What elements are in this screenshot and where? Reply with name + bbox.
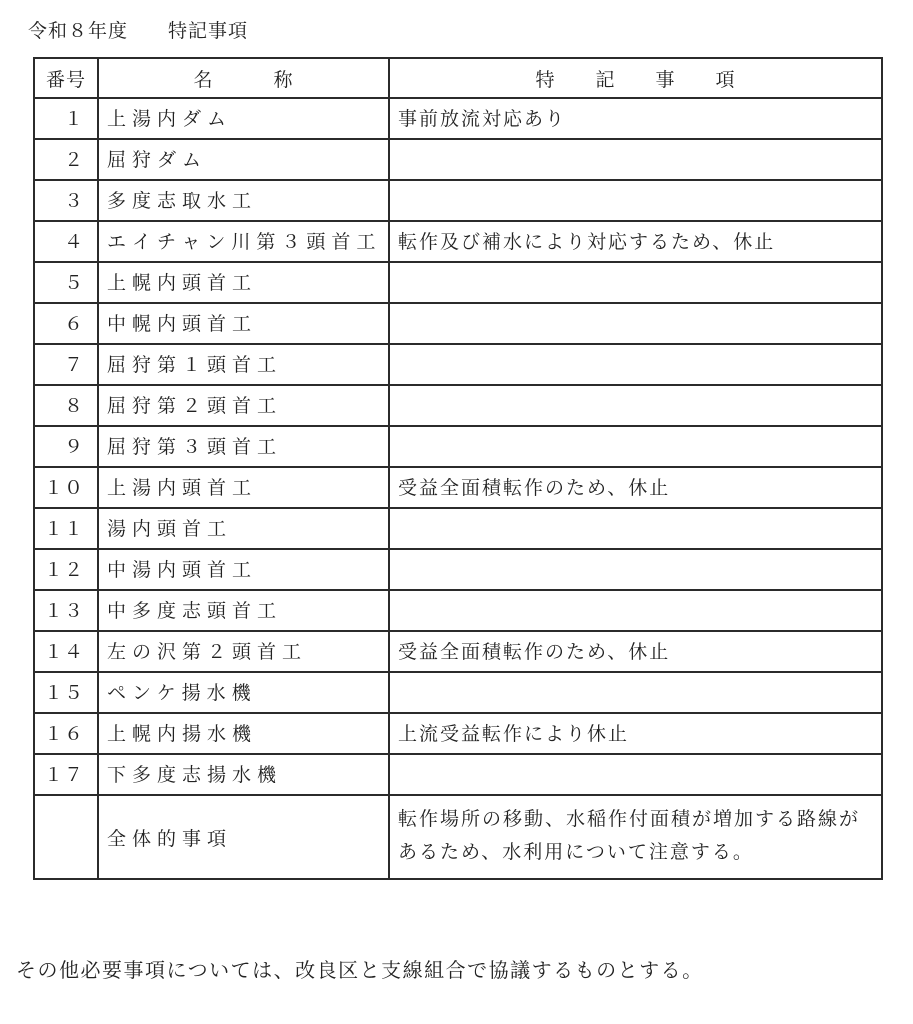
row-name-cell: 全体的事項 bbox=[98, 795, 389, 879]
row-name-cell: 屈狩第３頭首工 bbox=[98, 426, 389, 467]
table-row: １６上幌内揚水機上流受益転作により休止 bbox=[34, 713, 882, 754]
table-row: １４左の沢第２頭首工受益全面積転作のため、休止 bbox=[34, 631, 882, 672]
table-row: ６中幌内頭首工 bbox=[34, 303, 882, 344]
table-row: ８屈狩第２頭首工 bbox=[34, 385, 882, 426]
row-name-cell: 屈狩ダム bbox=[98, 139, 389, 180]
page-title: 令和８年度 特記事項 bbox=[28, 16, 248, 43]
row-name-cell: ペンケ揚水機 bbox=[98, 672, 389, 713]
row-number-cell: ９ bbox=[34, 426, 98, 467]
row-number-cell: ６ bbox=[34, 303, 98, 344]
row-number-cell: ５ bbox=[34, 262, 98, 303]
row-number-cell bbox=[34, 795, 98, 879]
row-notes-cell bbox=[389, 344, 882, 385]
header-name: 名 称 bbox=[98, 58, 389, 98]
table-row: ５上幌内頭首工 bbox=[34, 262, 882, 303]
table-row: ７屈狩第１頭首工 bbox=[34, 344, 882, 385]
row-name-cell: 屈狩第２頭首工 bbox=[98, 385, 389, 426]
row-name-cell: 屈狩第１頭首工 bbox=[98, 344, 389, 385]
table-row: ３多度志取水工 bbox=[34, 180, 882, 221]
row-name-cell: 上湯内ダム bbox=[98, 98, 389, 139]
row-number-cell: ３ bbox=[34, 180, 98, 221]
row-notes-cell: 転作及び補水により対応するため、休止 bbox=[389, 221, 882, 262]
row-notes-cell bbox=[389, 180, 882, 221]
row-number-cell: １ bbox=[34, 98, 98, 139]
table-row: １１湯内頭首工 bbox=[34, 508, 882, 549]
row-notes-cell: 上流受益転作により休止 bbox=[389, 713, 882, 754]
row-number-cell: ２ bbox=[34, 139, 98, 180]
row-name-cell: エイチャン川第３頭首工 bbox=[98, 221, 389, 262]
table-row: 全体的事項転作場所の移動、水稲作付面積が増加する路線があるため、水利用について注… bbox=[34, 795, 882, 879]
table-row: １３中多度志頭首工 bbox=[34, 590, 882, 631]
row-number-cell: １３ bbox=[34, 590, 98, 631]
header-notes: 特 記 事 項 bbox=[389, 58, 882, 98]
row-number-cell: ４ bbox=[34, 221, 98, 262]
row-number-cell: １５ bbox=[34, 672, 98, 713]
table-row: １５ペンケ揚水機 bbox=[34, 672, 882, 713]
row-name-cell: 多度志取水工 bbox=[98, 180, 389, 221]
row-notes-cell bbox=[389, 303, 882, 344]
row-number-cell: １６ bbox=[34, 713, 98, 754]
table-row: ２屈狩ダム bbox=[34, 139, 882, 180]
row-name-cell: 中多度志頭首工 bbox=[98, 590, 389, 631]
table-row: １０上湯内頭首工受益全面積転作のため、休止 bbox=[34, 467, 882, 508]
row-notes-cell bbox=[389, 754, 882, 795]
row-number-cell: ８ bbox=[34, 385, 98, 426]
row-number-cell: １７ bbox=[34, 754, 98, 795]
row-notes-cell bbox=[389, 262, 882, 303]
document-page: 令和８年度 特記事項 番号 名 称 特 記 事 項 １上湯内ダム事前放流対応あり… bbox=[0, 0, 913, 1024]
row-notes-cell bbox=[389, 508, 882, 549]
header-number: 番号 bbox=[34, 58, 98, 98]
row-notes-cell: 受益全面積転作のため、休止 bbox=[389, 631, 882, 672]
row-notes-cell: 事前放流対応あり bbox=[389, 98, 882, 139]
row-name-cell: 中湯内頭首工 bbox=[98, 549, 389, 590]
row-name-cell: 上幌内頭首工 bbox=[98, 262, 389, 303]
row-notes-cell bbox=[389, 385, 882, 426]
row-name-cell: 左の沢第２頭首工 bbox=[98, 631, 389, 672]
row-notes-cell bbox=[389, 426, 882, 467]
table-row: １上湯内ダム事前放流対応あり bbox=[34, 98, 882, 139]
table-header-row: 番号 名 称 特 記 事 項 bbox=[34, 58, 882, 98]
row-name-cell: 上幌内揚水機 bbox=[98, 713, 389, 754]
row-number-cell: ７ bbox=[34, 344, 98, 385]
special-notes-table: 番号 名 称 特 記 事 項 １上湯内ダム事前放流対応あり２屈狩ダム３多度志取水… bbox=[33, 57, 883, 880]
row-name-cell: 上湯内頭首工 bbox=[98, 467, 389, 508]
row-notes-cell bbox=[389, 672, 882, 713]
row-number-cell: １０ bbox=[34, 467, 98, 508]
row-name-cell: 下多度志揚水機 bbox=[98, 754, 389, 795]
row-notes-cell: 受益全面積転作のため、休止 bbox=[389, 467, 882, 508]
row-notes-cell bbox=[389, 139, 882, 180]
table-row: ９屈狩第３頭首工 bbox=[34, 426, 882, 467]
row-name-cell: 湯内頭首工 bbox=[98, 508, 389, 549]
table-row: １２中湯内頭首工 bbox=[34, 549, 882, 590]
row-number-cell: １１ bbox=[34, 508, 98, 549]
row-notes-cell bbox=[389, 590, 882, 631]
row-notes-cell bbox=[389, 549, 882, 590]
table-row: ４エイチャン川第３頭首工転作及び補水により対応するため、休止 bbox=[34, 221, 882, 262]
footer-note: その他必要事項については、改良区と支線組合で協議するものとする。 bbox=[16, 954, 704, 983]
row-number-cell: １４ bbox=[34, 631, 98, 672]
row-number-cell: １２ bbox=[34, 549, 98, 590]
row-name-cell: 中幌内頭首工 bbox=[98, 303, 389, 344]
row-notes-cell: 転作場所の移動、水稲作付面積が増加する路線があるため、水利用について注意する。 bbox=[389, 795, 882, 879]
table-row: １７下多度志揚水機 bbox=[34, 754, 882, 795]
